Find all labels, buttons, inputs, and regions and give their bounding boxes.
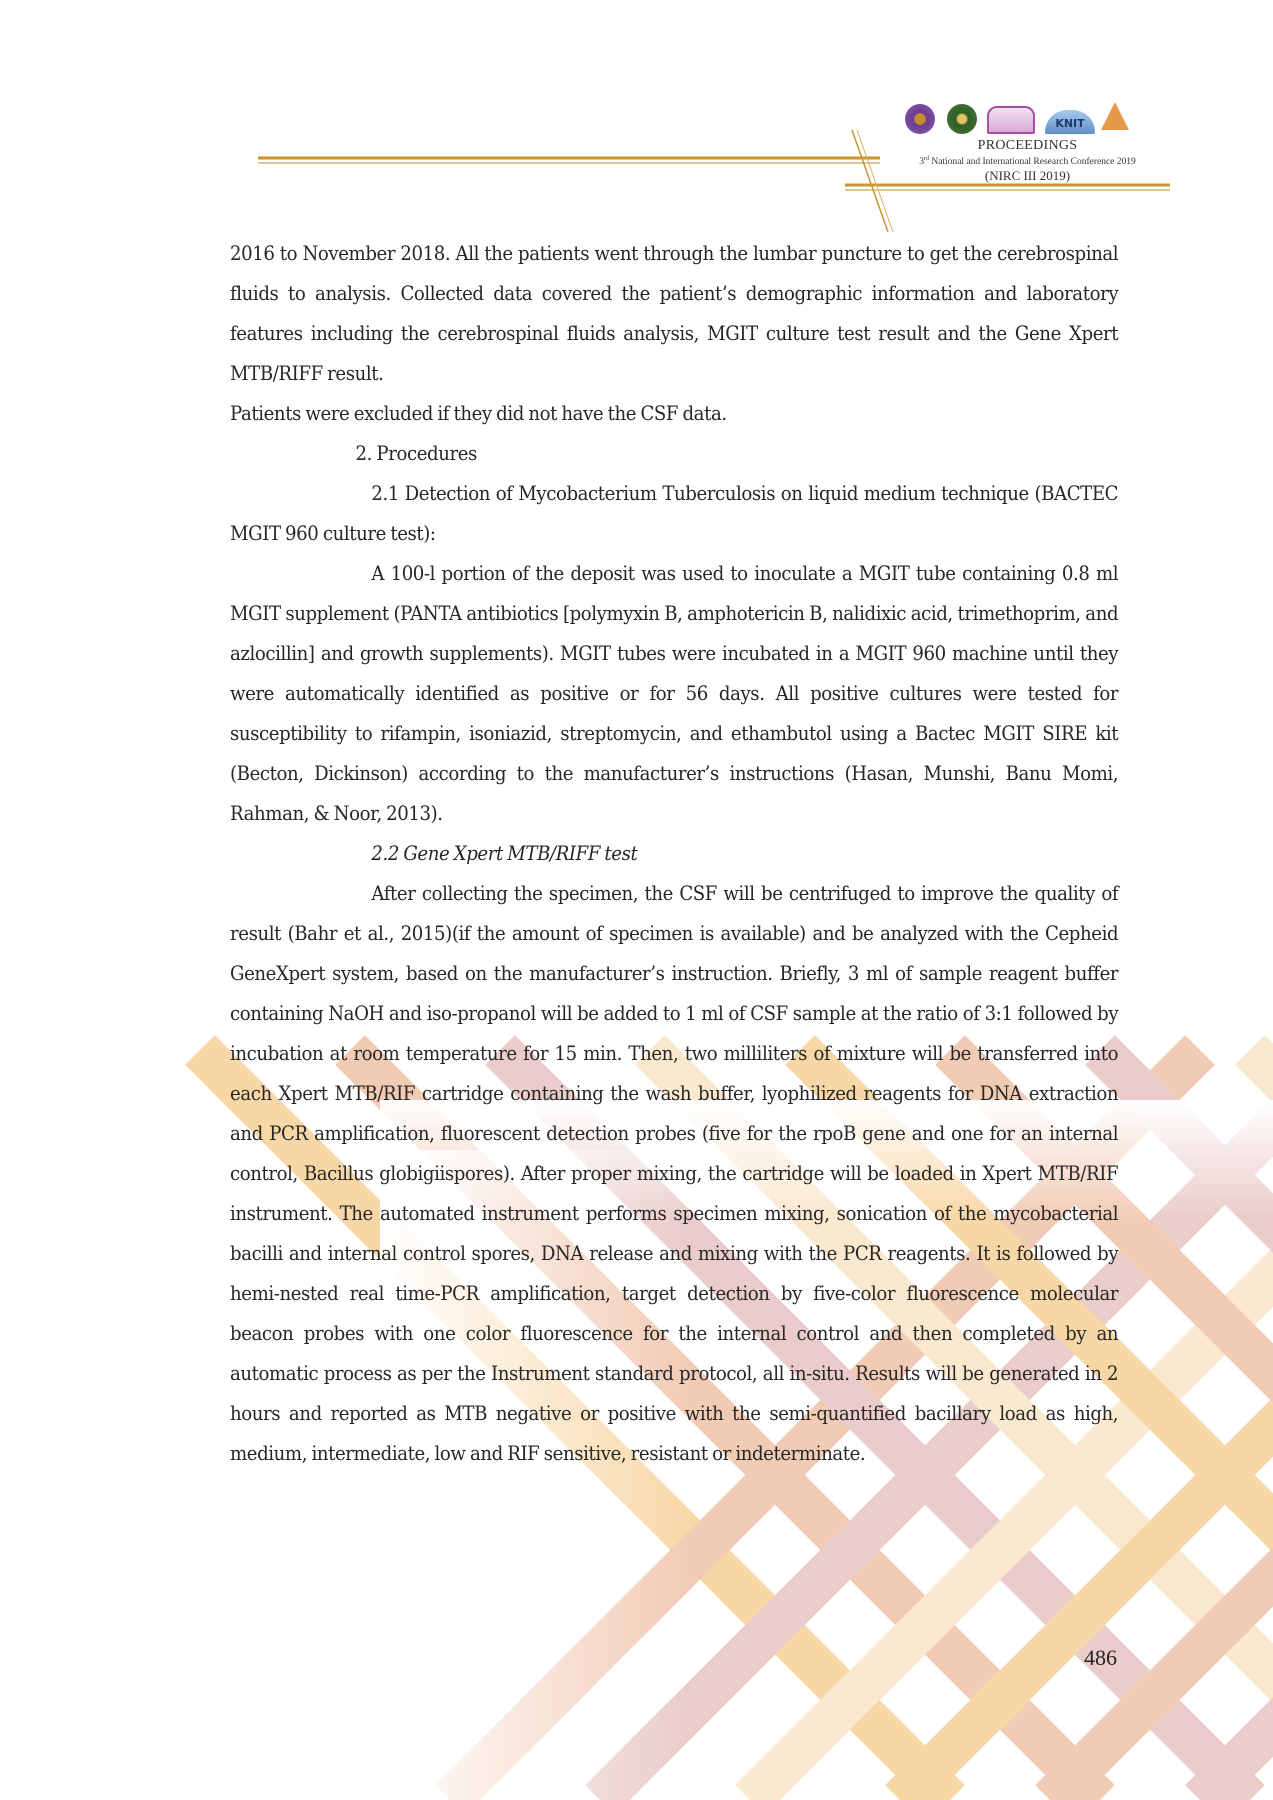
- sponsor-logos: KNIT: [905, 100, 1125, 140]
- pyramid-logo: [1101, 102, 1129, 130]
- proceedings-header: KNIT PROCEEDINGS 3rd National and Intern…: [0, 0, 1273, 240]
- knit-logo: KNIT: [1045, 110, 1095, 134]
- conference-code: (NIRC III 2019): [880, 168, 1175, 184]
- section-heading-procedures: 2. Procedures: [230, 434, 1118, 474]
- page-number: 486: [1084, 1645, 1117, 1671]
- paper-body: 2016 to November 2018. All the patients …: [230, 234, 1118, 1474]
- subsection-heading-2-1: 2.1 Detection of Mycobacterium Tuberculo…: [230, 474, 1118, 554]
- nirc-ornamental-logo: [987, 106, 1035, 134]
- institution-emblem-logo: [947, 104, 977, 134]
- conference-name: 3rd National and International Research …: [880, 156, 1175, 167]
- paragraph-2-2: After collecting the specimen, the CSF w…: [230, 874, 1118, 1474]
- university-seal-logo: [905, 104, 935, 134]
- proceedings-title: PROCEEDINGS: [880, 138, 1175, 154]
- exclusion-paragraph: Patients were excluded if they did not h…: [230, 394, 1118, 434]
- intro-paragraph: 2016 to November 2018. All the patients …: [230, 234, 1118, 394]
- subsection-heading-2-2: 2.2 Gene Xpert MTB/RIFF test: [230, 834, 1118, 874]
- paragraph-2-1: A 100-l portion of the deposit was used …: [230, 554, 1118, 834]
